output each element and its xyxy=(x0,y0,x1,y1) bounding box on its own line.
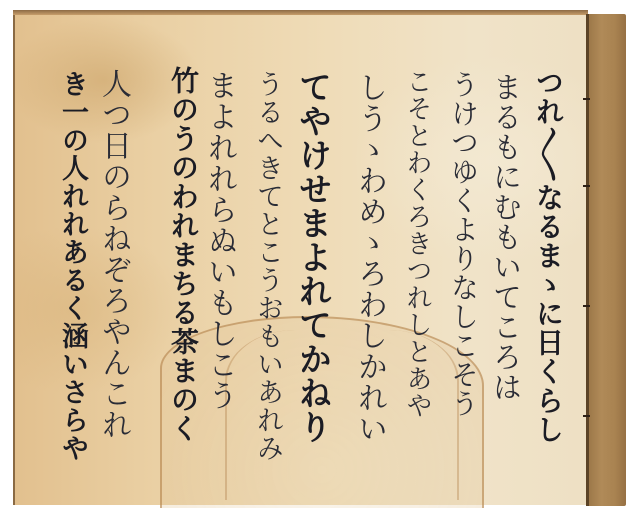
text-column-1: つれ〳〵なるまゝに日くらし xyxy=(534,68,562,444)
text-column-11: き一の人れれあるく涵いさらや xyxy=(59,70,86,462)
text-column-6: てやけせまよれてかねり xyxy=(297,70,330,444)
text-column-7: うるへきてとこうおもいあれみ xyxy=(254,70,281,462)
text-column-2: まるもにむもいてころは xyxy=(491,72,520,402)
page-top-edge xyxy=(13,10,588,15)
binding-stitch xyxy=(583,305,590,307)
text-column-9: 竹のうのわれまちる茶まのく xyxy=(169,66,197,443)
text-column-10: 人つ日のらねぞろやんこれ xyxy=(98,68,128,440)
binding-stitch xyxy=(583,185,590,187)
manuscript-book: つれ〳〵なるまゝに日くらし まるもにむもいてころは うけつゆくよりなしこそう こ… xyxy=(0,0,640,520)
text-column-3: うけつゆくよりなしこそう xyxy=(449,70,477,418)
book-spine xyxy=(588,14,626,506)
text-column-8: まよれれらぬいもしこう xyxy=(204,70,234,411)
text-column-4: こそとわくろきつれしとあや xyxy=(404,68,430,419)
binding-stitch xyxy=(583,415,590,417)
binding-stitch xyxy=(583,98,590,100)
text-column-5: しうゝわめゝろわしかれい xyxy=(354,72,384,444)
binding-edge xyxy=(586,14,589,506)
